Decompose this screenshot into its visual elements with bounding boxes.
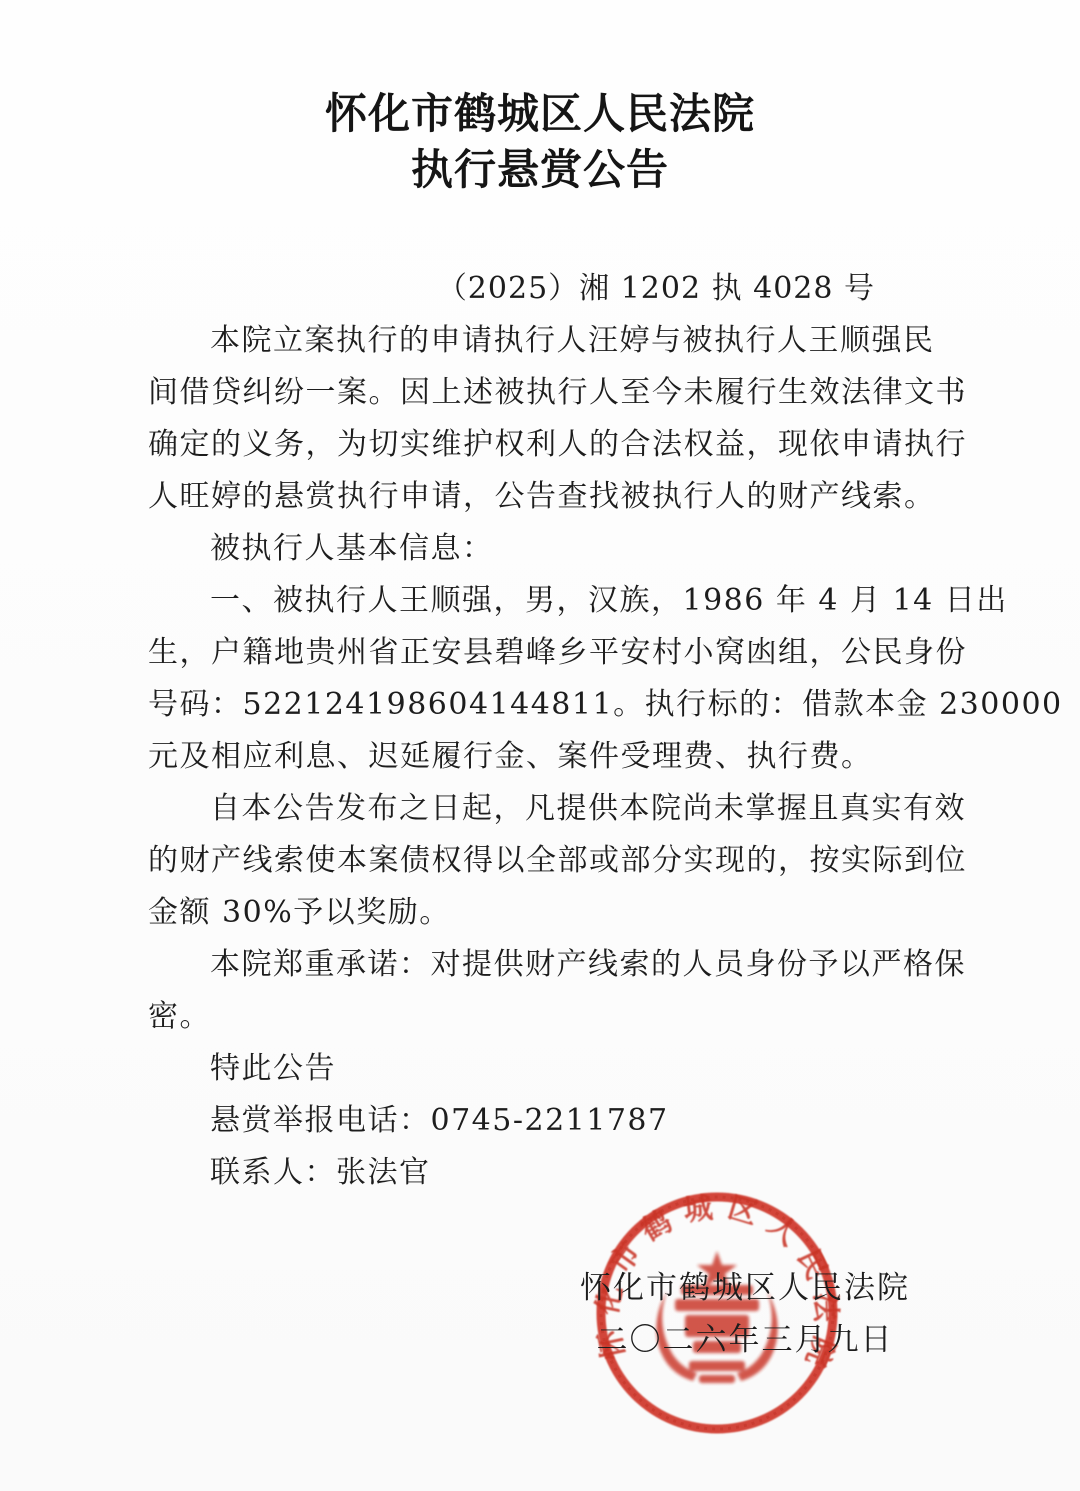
body-line: 生，户籍地贵州省正安县碧峰乡平安村小窝凼组，公民身份 xyxy=(148,627,918,679)
body-line: 确定的义务，为切实维护权利人的合法权益，现依申请执行 xyxy=(148,419,918,471)
body-line: 元及相应利息、迟延履行金、案件受理费、执行费。 xyxy=(148,731,918,783)
signature-block: 怀化市鹤城区人民法院 二〇二六年三月九日 xyxy=(560,1262,930,1366)
reward-phone-line: 悬赏举报电话：0745-2211787 xyxy=(148,1095,918,1147)
body-line: 自本公告发布之日起，凡提供本院尚未掌握且真实有效 xyxy=(148,783,918,835)
body-line: 密。 xyxy=(148,991,918,1043)
case-number: （2025）湘 1202 执 4028 号 xyxy=(437,270,875,308)
body-line: 人旺婷的悬赏执行申请，公告查找被执行人的财产线索。 xyxy=(148,471,918,523)
announcement-title: 执行悬赏公告 xyxy=(90,142,990,198)
court-name-title: 怀化市鹤城区人民法院 xyxy=(90,86,990,142)
body-line: 的财产线索使本案债权得以全部或部分实现的，按实际到位 xyxy=(148,835,918,887)
body-line: 本院立案执行的申请执行人汪婷与被执行人王顺强民 xyxy=(148,315,918,367)
body-line: 号码：522124198604144811。执行标的：借款本金 230000 xyxy=(148,679,918,731)
document-body: 本院立案执行的申请执行人汪婷与被执行人王顺强民 间借贷纠纷一案。因上述被执行人至… xyxy=(148,315,918,1199)
announcement-document: 怀化市鹤城区人民法院 执行悬赏公告 （2025）湘 1202 执 4028 号 … xyxy=(0,0,1080,1491)
body-line: 本院郑重承诺：对提供财产线索的人员身份予以严格保 xyxy=(148,939,918,991)
body-line: 间借贷纠纷一案。因上述被执行人至今未履行生效法律文书 xyxy=(148,367,918,419)
body-line: 被执行人基本信息： xyxy=(148,523,918,575)
signature-court: 怀化市鹤城区人民法院 xyxy=(560,1262,930,1314)
body-line: 特此公告 xyxy=(148,1043,918,1095)
body-line: 一、被执行人王顺强，男，汉族，1986 年 4 月 14 日出 xyxy=(148,575,918,627)
body-line: 金额 30%予以奖励。 xyxy=(148,887,918,939)
document-header: 怀化市鹤城区人民法院 执行悬赏公告 xyxy=(90,86,990,198)
signature-date: 二〇二六年三月九日 xyxy=(560,1314,930,1366)
